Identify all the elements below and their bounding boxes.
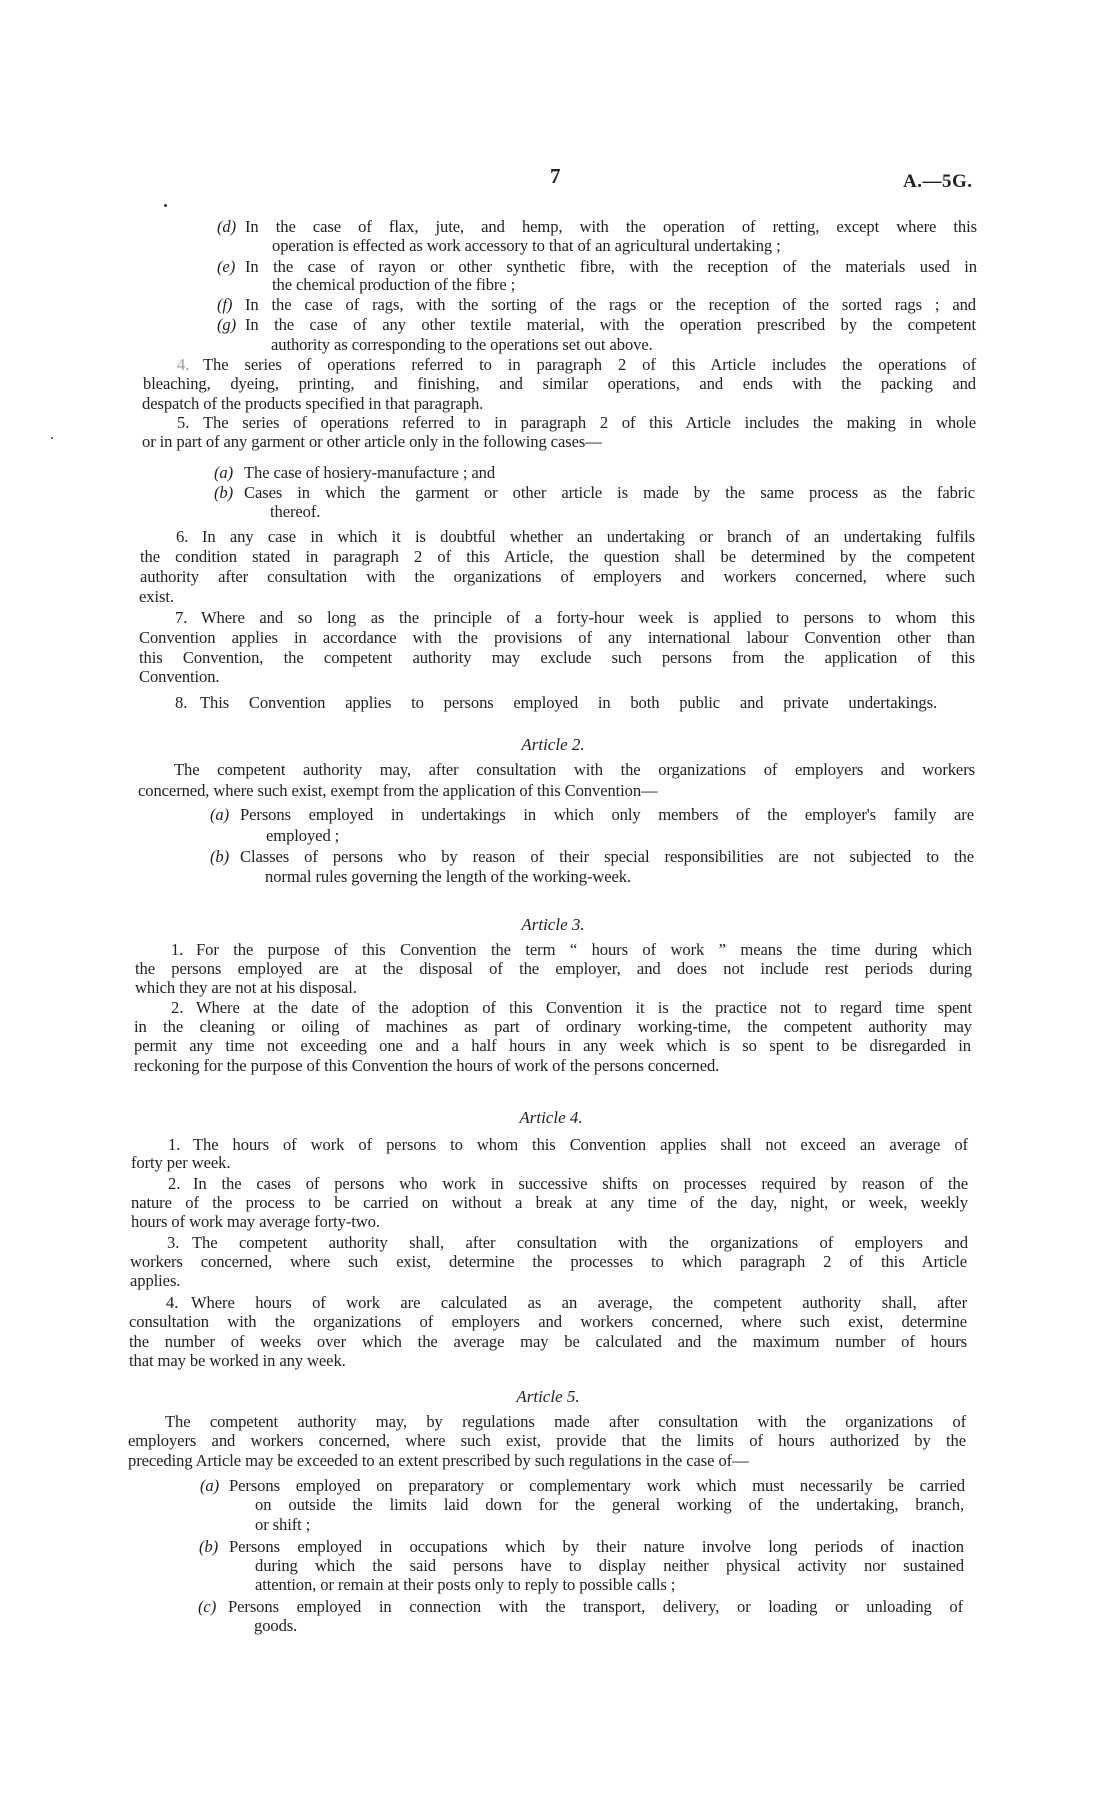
paragraph-line: This Convention applies to persons emplo… — [200, 693, 937, 712]
list-item-label: (d) — [217, 217, 247, 236]
paragraph-number: 2. — [171, 998, 191, 1017]
paragraph-line: or in part of any garment or other artic… — [142, 432, 975, 451]
paragraph-line: preceding Article may be exceeded to an … — [128, 1451, 928, 1470]
list-item-label: (e) — [217, 257, 247, 276]
list-item-label: (f) — [217, 295, 247, 314]
list-item-label: (a) — [214, 463, 244, 482]
paragraph-line: For the purpose of this Convention the t… — [196, 940, 972, 959]
list-item-line: on outside the limits laid down for the … — [255, 1495, 964, 1514]
paragraph-line: nature of the process to be carried on w… — [131, 1193, 968, 1212]
paragraph-line: The series of operations referred to in … — [203, 355, 976, 374]
paragraph-number: 2. — [168, 1174, 188, 1193]
article-heading: Article 4. — [451, 1108, 651, 1128]
list-item-line: during which the said persons have to di… — [255, 1556, 964, 1575]
article-heading: Article 5. — [448, 1387, 648, 1407]
paragraph-line: permit any time not exceeding one and a … — [134, 1036, 971, 1055]
paragraph-line: despatch of the products specified in th… — [142, 394, 975, 413]
paragraph-line: which they are not at his disposal. — [135, 978, 835, 997]
scan-speck — [164, 204, 167, 207]
paragraph-line: Where and so long as the principle of a … — [201, 608, 975, 627]
paragraph-number: 4. — [166, 1293, 186, 1312]
document-reference: A.—5G. — [903, 170, 973, 194]
scan-speck — [51, 437, 53, 439]
list-item-line: In the case of flax, jute, and hemp, wit… — [245, 217, 977, 236]
paragraph-line: Convention. — [139, 667, 939, 686]
paragraph-line: that may be worked in any week. — [129, 1351, 729, 1370]
list-item-line: Classes of persons who by reason of thei… — [240, 847, 974, 866]
list-item-line: Persons employed in occupations which by… — [229, 1537, 964, 1556]
paragraph-line: Convention applies in accordance with th… — [139, 628, 975, 647]
paragraph-line: The series of operations referred to in … — [203, 413, 976, 432]
list-item-label: (b) — [210, 847, 240, 866]
list-item-line: In the case of any other textile materia… — [245, 315, 976, 334]
paragraph-line: consultation with the organizations of e… — [129, 1312, 967, 1331]
paragraph-line: In the cases of persons who work in succ… — [193, 1174, 968, 1193]
list-item-label: (a) — [210, 805, 240, 824]
list-item-line: authority as corresponding to the operat… — [271, 335, 971, 354]
list-item-line: normal rules governing the length of the… — [265, 867, 865, 886]
paragraph-line: reckoning for the purpose of this Conven… — [134, 1056, 934, 1075]
paragraph-number: 7. — [175, 608, 195, 627]
list-item-label: (b) — [214, 483, 244, 502]
paragraph-line: forty per week. — [131, 1153, 731, 1172]
list-item-line: or shift ; — [255, 1515, 655, 1534]
list-item-line: In the case of rayon or other synthetic … — [245, 257, 977, 276]
paragraph-line: Where at the date of the adoption of thi… — [196, 998, 972, 1017]
paragraph-line: workers concerned, where such exist, det… — [130, 1252, 967, 1271]
list-item-label: (c) — [198, 1597, 228, 1616]
paragraph-number: 4. — [177, 355, 197, 374]
paragraph-line: Where hours of work are calculated as an… — [191, 1293, 967, 1312]
list-item-line: attention, or remain at their posts only… — [255, 1575, 855, 1594]
paragraph-number: 1. — [168, 1135, 188, 1154]
list-item-line: goods. — [254, 1616, 554, 1635]
paragraph-line: The competent authority shall, after con… — [192, 1233, 968, 1252]
list-item-line: Persons employed on preparatory or compl… — [229, 1476, 965, 1495]
list-item-line: Cases in which the garment or other arti… — [244, 483, 975, 502]
paragraph-line: authority after consultation with the or… — [140, 567, 975, 586]
list-item-line: employed ; — [266, 826, 866, 845]
paragraph-number: 8. — [175, 693, 195, 712]
paragraph-line: The competent authority may, by regulati… — [165, 1412, 966, 1431]
paragraph-line: The competent authority may, after consu… — [174, 760, 975, 779]
paragraph-line: applies. — [130, 1271, 730, 1290]
paragraph-line: the persons employed are at the disposal… — [135, 959, 972, 978]
list-item-line: In the case of rags, with the sorting of… — [245, 295, 976, 314]
paragraph-line: The hours of work of persons to whom thi… — [193, 1135, 968, 1154]
article-heading: Article 3. — [453, 915, 653, 935]
paragraph-number: 5. — [177, 413, 197, 432]
paragraph-number: 3. — [167, 1233, 187, 1252]
paragraph-line: in the cleaning or oiling of machines as… — [134, 1017, 972, 1036]
paragraph-number: 1. — [171, 940, 191, 959]
paragraph-number: 6. — [176, 527, 196, 546]
paragraph-line: this Convention, the competent authority… — [139, 648, 975, 667]
paragraph-line: employers and workers concerned, where s… — [128, 1431, 966, 1450]
list-item-line: thereof. — [270, 502, 870, 521]
paragraph-line: hours of work may average forty-two. — [131, 1212, 731, 1231]
list-item-line: The case of hosiery-manufacture ; and — [244, 463, 944, 482]
paragraph-line: In any case in which it is doubtful whet… — [202, 527, 975, 546]
list-item-line: Persons employed in connection with the … — [228, 1597, 963, 1616]
paragraph-line: bleaching, dyeing, printing, and finishi… — [143, 374, 976, 393]
list-item-line: Persons employed in undertakings in whic… — [240, 805, 974, 824]
paragraph-line: the number of weeks over which the avera… — [129, 1332, 967, 1351]
page-number: 7 — [550, 164, 561, 188]
list-item-label: (b) — [199, 1537, 229, 1556]
list-item-label: (a) — [200, 1476, 230, 1495]
list-item-label: (g) — [217, 315, 247, 334]
article-heading: Article 2. — [453, 735, 653, 755]
list-item-line: operation is effected as work accessory … — [272, 236, 972, 255]
list-item-line: the chemical production of the fibre ; — [272, 275, 972, 294]
paragraph-line: exist. — [139, 587, 939, 606]
paragraph-line: concerned, where such exist, exempt from… — [138, 781, 974, 800]
paragraph-line: the condition stated in paragraph 2 of t… — [140, 547, 975, 566]
